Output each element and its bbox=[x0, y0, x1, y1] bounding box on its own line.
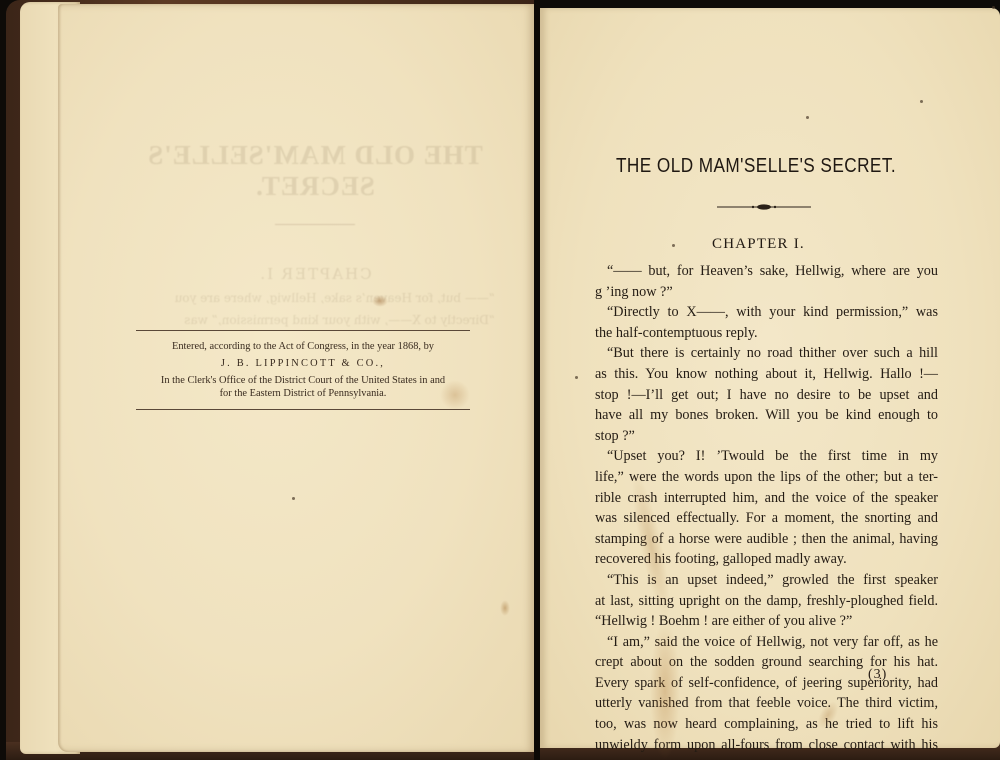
book-scan: THE OLD MAM'SELLE'S SECRET. CHAPTER I. “… bbox=[0, 0, 1000, 760]
ornamental-rule-icon bbox=[717, 203, 811, 211]
page-number: (3) bbox=[868, 667, 887, 683]
text-line: the half-contemptuous reply. bbox=[595, 323, 938, 344]
paper-speck bbox=[575, 376, 578, 379]
copyright-district-line: for the Eastern District of Pennsylvania… bbox=[136, 388, 470, 399]
text-line: “This is an upset indeed,” growled the f… bbox=[595, 570, 938, 591]
text-line: life,” were the words upon the lips of t… bbox=[595, 467, 938, 488]
chapter-heading: CHAPTER I. bbox=[712, 236, 805, 253]
text-line: rible crash interrupted him, and the voi… bbox=[595, 488, 938, 509]
text-line: “I am,” said the voice of Hellwig, not v… bbox=[595, 632, 938, 653]
text-line: “Hellwig ! Boehm ! are either of you ali… bbox=[595, 611, 938, 632]
text-line: “—— but, for Heaven’s sake, Hellwig, whe… bbox=[595, 261, 938, 282]
copyright-top-rule bbox=[136, 330, 470, 331]
text-line: stop ?” bbox=[595, 426, 938, 447]
text-line: too, was now heard complaining, as he tr… bbox=[595, 714, 938, 735]
text-line: stamping of a horse were audible ; then … bbox=[595, 529, 938, 550]
text-line: “Upset you? I! ’Twould be the first time… bbox=[595, 446, 938, 467]
text-line: utterly vanished from that feeble voice.… bbox=[595, 693, 938, 714]
paper-speck bbox=[292, 497, 295, 500]
text-line: g ’ing now ?” bbox=[595, 282, 938, 303]
text-line: was silenced effectually. For a moment, … bbox=[595, 508, 938, 529]
book-title: THE OLD MAM'SELLE'S SECRET. bbox=[616, 155, 869, 178]
copyright-office-line: In the Clerk's Office of the District Co… bbox=[136, 375, 470, 386]
text-line: stop !—I’ll get out; I have no desire to… bbox=[595, 385, 938, 406]
text-line: “Directly to X——, with your kind permiss… bbox=[595, 302, 938, 323]
copyright-bottom-rule bbox=[136, 409, 470, 410]
text-line: at last, sitting upright on the damp, fr… bbox=[595, 591, 938, 612]
text-line: as this. You know nothing about it, Hell… bbox=[595, 364, 938, 385]
paper-speck bbox=[806, 116, 809, 119]
paper-speck bbox=[992, 6, 995, 9]
text-line: recovered his footing, galloped madly aw… bbox=[595, 549, 938, 570]
text-line: have all my bones broken. Will you be ki… bbox=[595, 405, 938, 426]
paper-speck bbox=[920, 100, 923, 103]
paper-speck bbox=[672, 244, 675, 247]
copyright-entry-line: Entered, according to the Act of Congres… bbox=[136, 341, 470, 352]
text-line: unwieldy form upon all-fours from close … bbox=[595, 735, 938, 756]
copyright-publisher: J. B. LIPPINCOTT & CO., bbox=[136, 358, 470, 369]
copyright-notice: Entered, according to the Act of Congres… bbox=[136, 330, 470, 410]
text-line: “But there is certainly no road thither … bbox=[595, 343, 938, 364]
